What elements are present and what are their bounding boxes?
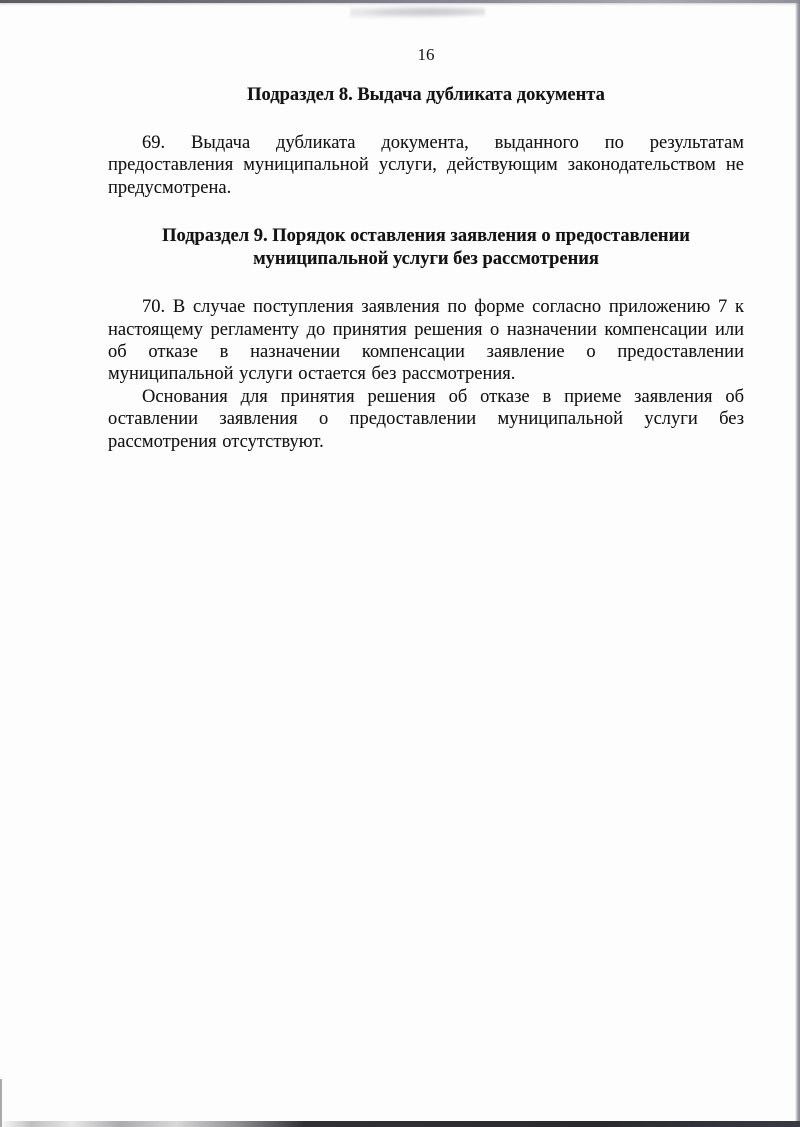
section-8-heading: Подраздел 8. Выдача дубликата документа bbox=[108, 84, 744, 107]
scan-artifact-right-edge bbox=[795, 0, 800, 1127]
paragraph-69: 69. Выдача дубликата документа, выданног… bbox=[108, 132, 744, 199]
scan-artifact-bottom-edge bbox=[0, 1121, 800, 1127]
paragraph-70: 70. В случае поступления заявления по фо… bbox=[108, 296, 744, 386]
page-number: 16 bbox=[108, 45, 744, 64]
scan-artifact-left-edge bbox=[0, 1079, 2, 1127]
document-page: 16 Подраздел 8. Выдача дубликата докумен… bbox=[0, 0, 800, 1127]
section-9-heading: Подраздел 9. Порядок оставления заявлени… bbox=[108, 225, 744, 271]
paragraph-70-continuation: Основания для принятия решения об отказе… bbox=[108, 386, 744, 453]
document-text-block: 16 Подраздел 8. Выдача дубликата докумен… bbox=[108, 0, 744, 453]
